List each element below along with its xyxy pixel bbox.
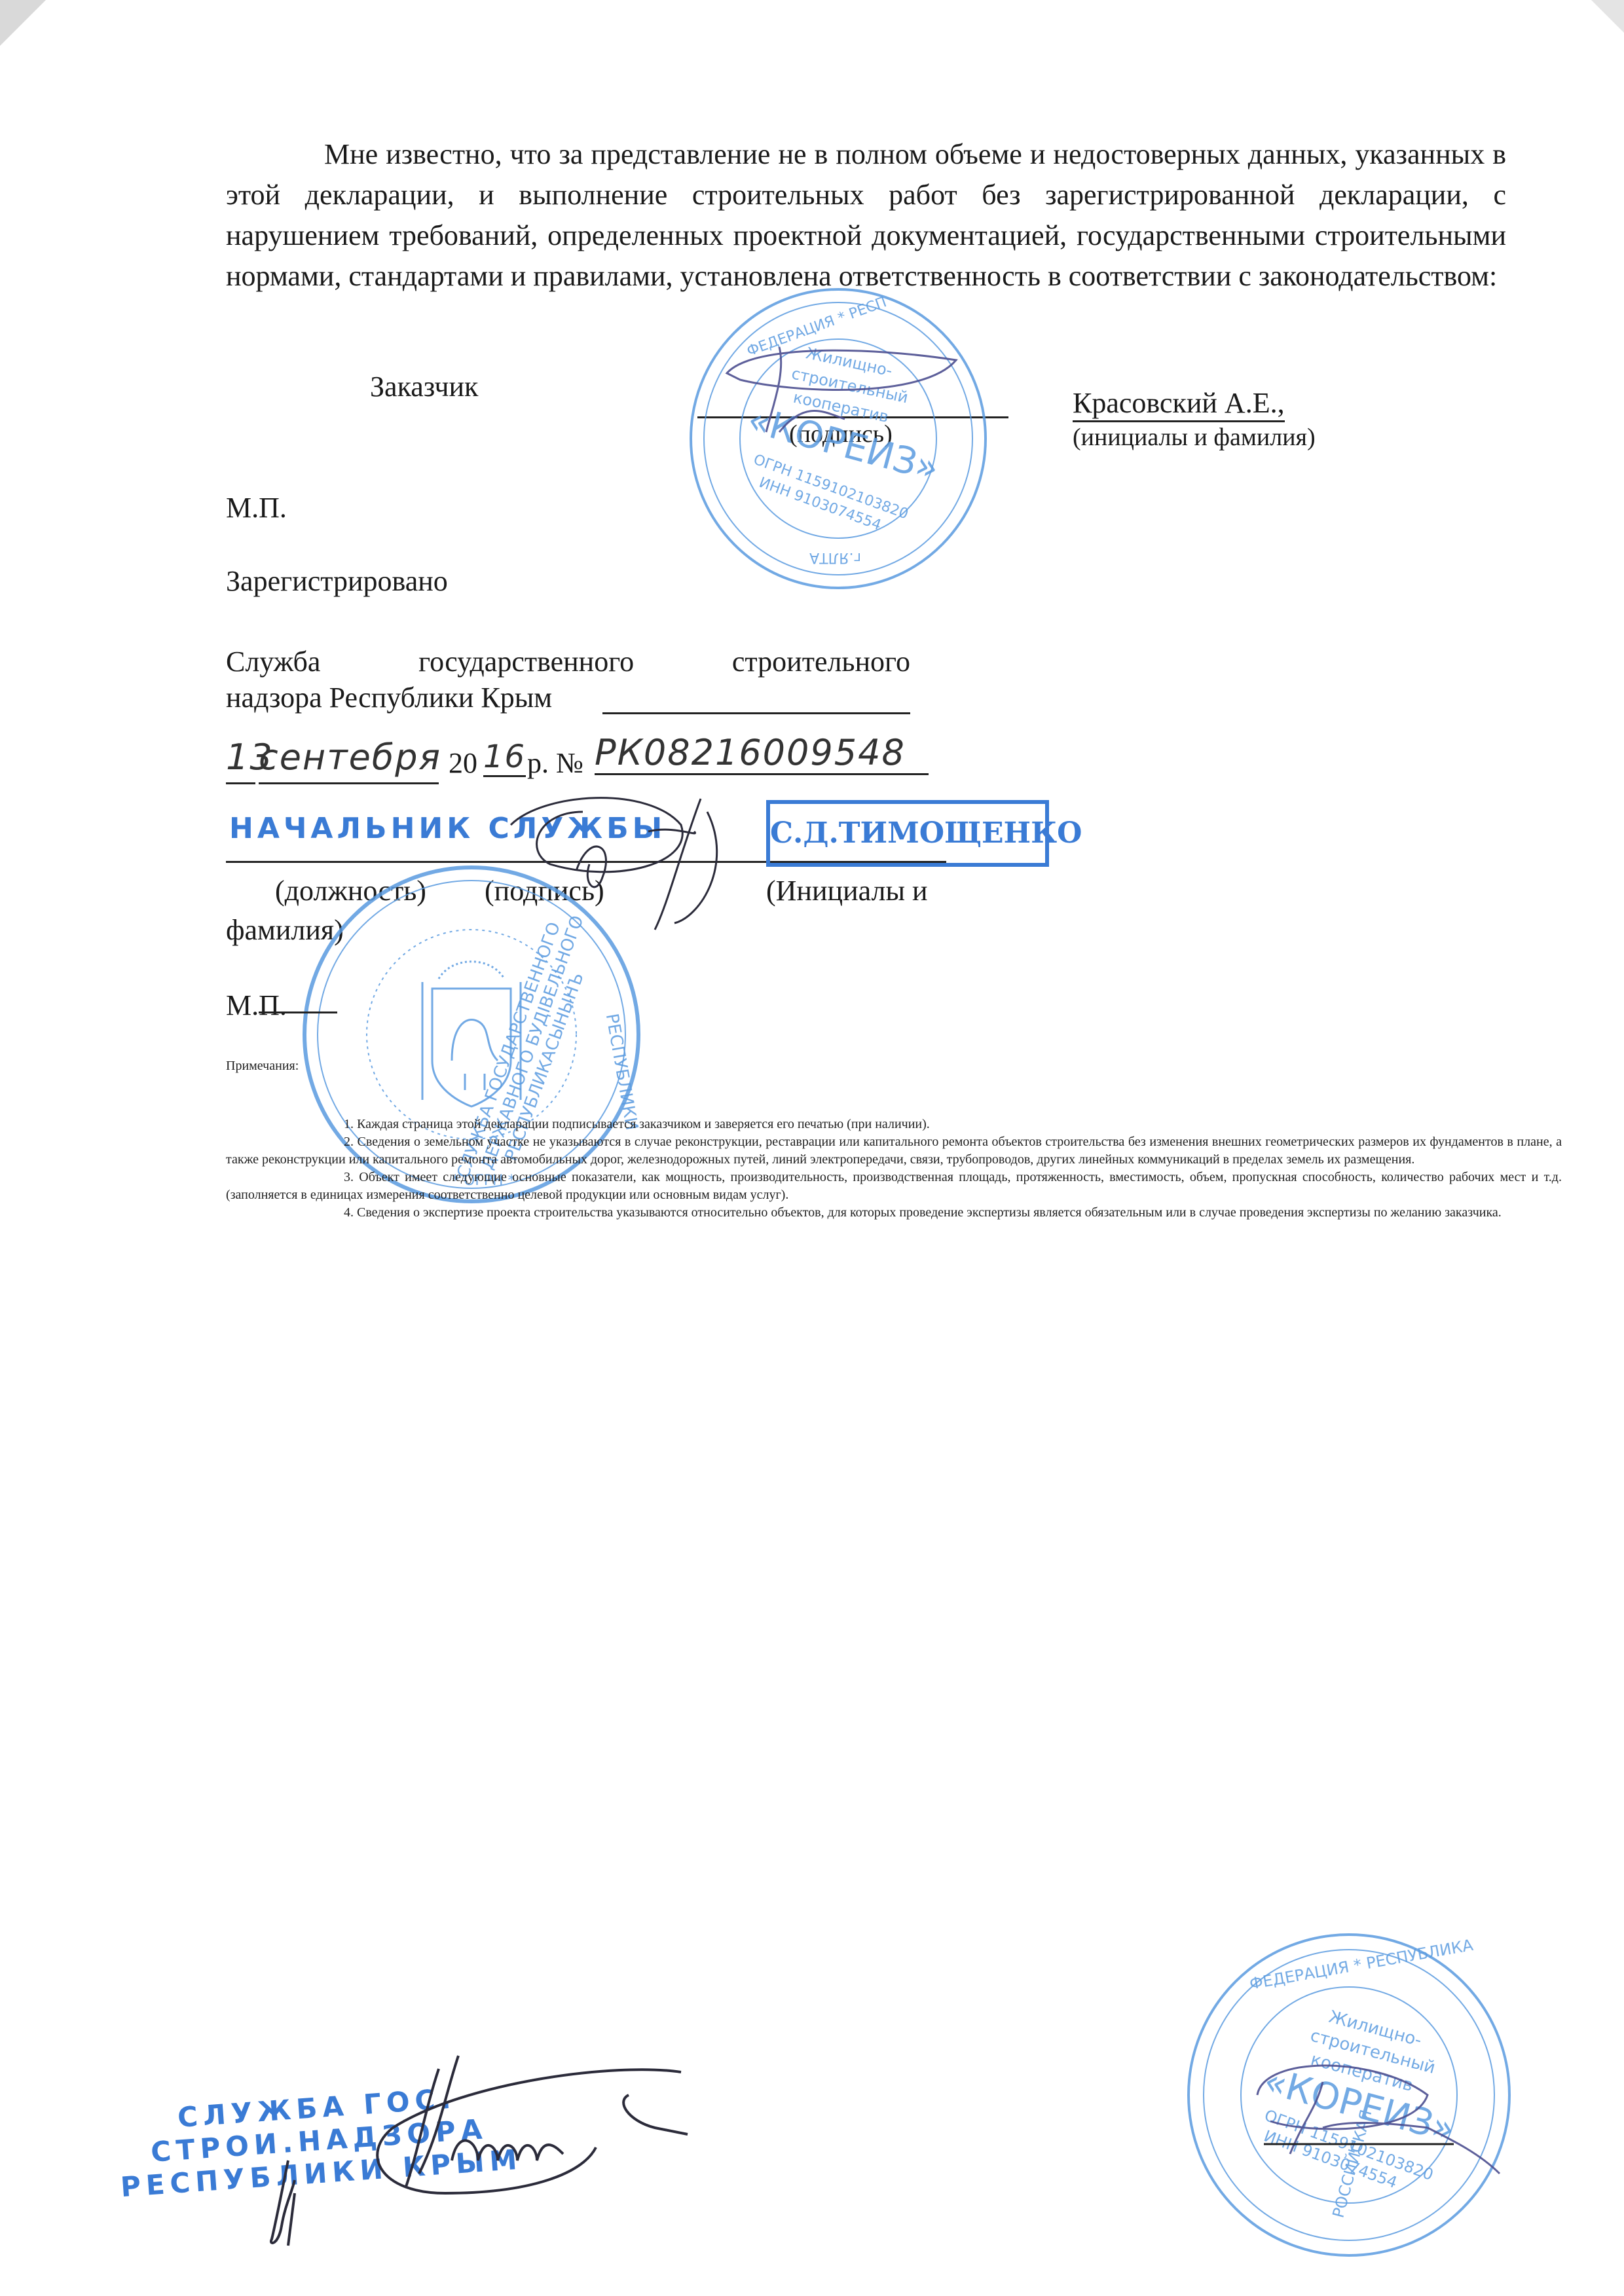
- year-unit-and-number-sign: р. №: [527, 746, 583, 780]
- footer-signature: [367, 2056, 694, 2206]
- registration-number: РК08216009548: [595, 732, 929, 775]
- year-suffix: 16: [483, 738, 526, 777]
- liability-paragraph: Мне известно, что за представление не в …: [226, 134, 1506, 297]
- customer-name-caption: (инициалы и фамилия): [1073, 422, 1316, 452]
- notes-heading: Примечания:: [226, 1057, 1562, 1075]
- authority-line2: надзора Республики Крым: [226, 681, 552, 715]
- registered-label: Зарегистрировано: [226, 564, 448, 598]
- official-name-stamp: С.Д.ТИМОЩЕНКО: [766, 800, 1049, 867]
- year-prefix: 20: [449, 746, 477, 780]
- cooperative-seal-stamp-footer: ФЕДЕРАЦИЯ * РЕСПУБЛИКА РОССИЙСКАЯ Жилищн…: [1179, 1925, 1519, 2252]
- footer-signature-initials: [262, 2154, 314, 2252]
- page-corner-fold: [0, 0, 46, 46]
- authority-seal-line: [259, 1011, 337, 1013]
- customer-seal-label: М.П.: [226, 491, 287, 525]
- authority-blank-line: [602, 712, 910, 714]
- initials-caption: (Инициалы и: [766, 874, 928, 908]
- notes-section: Примечания: 1. Каждая страница этой декл…: [226, 1057, 1562, 1222]
- note-item: 4. Сведения о экспертизе проекта строите…: [226, 1204, 1562, 1222]
- note-item: 2. Сведения о земельном участке не указы…: [226, 1133, 1562, 1169]
- authority-seal-label: М.П.: [226, 989, 287, 1023]
- customer-role-label: Заказчик: [370, 370, 478, 404]
- svg-text:г.ЯЛТА: г.ЯЛТА: [809, 549, 861, 566]
- customer-name: Красовский А.Е.,: [1073, 386, 1285, 422]
- authority-line1: Служба государственного строительного: [226, 645, 910, 679]
- note-item: 3. Объект имеет следующие основные показ…: [226, 1169, 1562, 1204]
- cooperative-seal-stamp: ФЕДЕРАЦИЯ * РЕСП Жилищно- строительный к…: [674, 282, 1002, 596]
- note-item: 1. Каждая страница этой декларации подпи…: [226, 1116, 1562, 1133]
- date-day-field: 13: [226, 737, 255, 784]
- date-month-field: сентебря: [259, 737, 439, 784]
- page-corner-fold-right: [1591, 0, 1624, 33]
- date-month-value: сентебря: [259, 737, 441, 778]
